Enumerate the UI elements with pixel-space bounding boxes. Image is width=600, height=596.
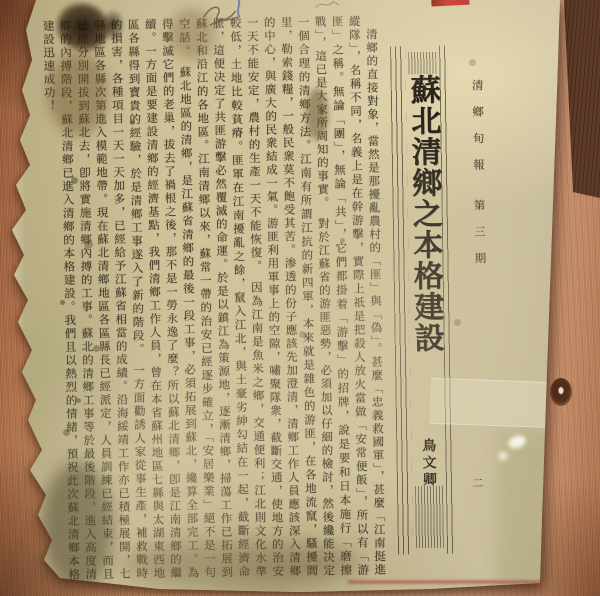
tape-strip xyxy=(429,378,559,428)
masthead: 清鄉旬報第三期 xyxy=(470,79,491,409)
headline-hatch-top xyxy=(408,52,436,74)
pencil-scribble-mark xyxy=(201,1,241,30)
foxing-speckles xyxy=(0,0,5,5)
pencil-scribble-mark-2 xyxy=(313,0,341,14)
tape-glare-2 xyxy=(498,452,508,460)
photo-scene: 清鄉旬報第三期 蘇北清鄉之本格建設 鳥文卿 二 清鄉的直接對象，當然是那擾亂農村… xyxy=(0,0,600,596)
red-stamp-mark xyxy=(431,0,469,7)
article-title: 蘇北清鄉之本格建設 xyxy=(405,74,441,353)
headline-block: 蘇北清鄉之本格建設 鳥文卿 xyxy=(382,46,460,555)
article-author: 鳥文卿 xyxy=(418,438,439,489)
masthead-publication: 清鄉旬報 xyxy=(471,79,487,185)
paper-sheet: 清鄉旬報第三期 蘇北清鄉之本格建設 鳥文卿 二 清鄉的直接對象，當然是那擾亂農村… xyxy=(0,0,600,596)
article-body: 清鄉的直接對象，當然是那擾亂農村的「匪」與「偽」。甚麼「忠義救國軍」，甚麼「江南… xyxy=(0,15,388,583)
page-number: 二 xyxy=(469,477,485,488)
masthead-issue: 第三期 xyxy=(472,199,487,279)
headline-hatch-bottom xyxy=(415,486,444,548)
newspaper-page: 清鄉旬報第三期 蘇北清鄉之本格建設 鳥文卿 二 清鄉的直接對象，當然是那擾亂農村… xyxy=(0,0,600,596)
printed-content: 清鄉旬報第三期 蘇北清鄉之本格建設 鳥文卿 二 清鄉的直接對象，當然是那擾亂農村… xyxy=(0,0,600,596)
